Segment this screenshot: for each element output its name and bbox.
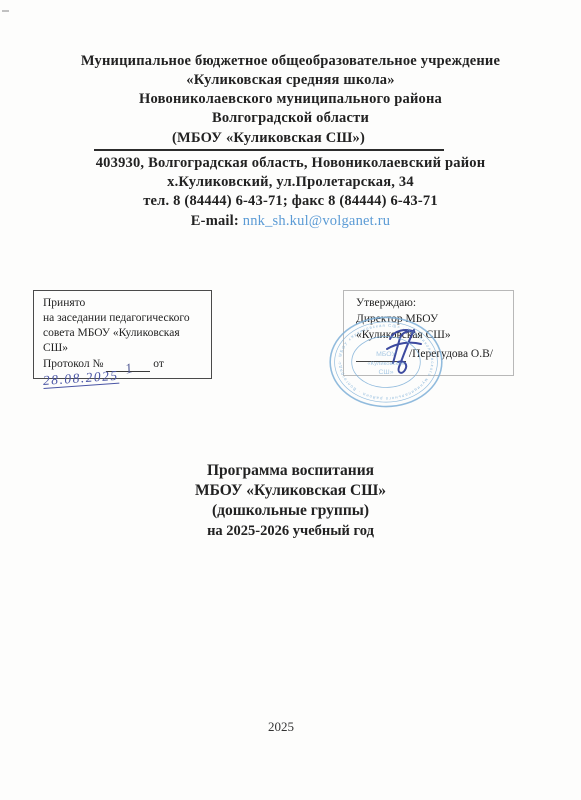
org-header: Муниципальное бюджетное общеобразователь…	[0, 52, 581, 231]
official-seal-icon: · МБОУ «Куликовская СШ» · Новониколаевск…	[327, 315, 445, 409]
protocol-label: Протокол №	[43, 358, 103, 370]
seal-ring-text: · МБОУ «Куликовская СШ» · Новониколаевск…	[327, 315, 435, 401]
email-link[interactable]: nnk_sh.kul@volganet.ru	[243, 213, 390, 229]
email-label: E-mail:	[191, 213, 239, 229]
org-name-line-1: Муниципальное бюджетное общеобразователь…	[0, 52, 581, 71]
accepted-line-3: совета МБОУ «Куликовская СШ»	[43, 326, 203, 356]
document-page: Муниципальное бюджетное общеобразователь…	[0, 0, 581, 800]
scan-artifact	[2, 10, 9, 12]
document-title-line-2: МБОУ «Куликовская СШ»	[0, 481, 581, 501]
accepted-line-1: Принято	[43, 296, 203, 311]
protocol-line: Протокол № 1 от	[43, 357, 203, 372]
address-line-1: 403930, Волгоградская область, Новоникол…	[0, 154, 581, 173]
document-title-line-1: Программа воспитания	[0, 461, 581, 481]
footer-year: 2025	[0, 719, 581, 735]
title-block: Программа воспитания МБОУ «Куликовская С…	[0, 461, 581, 541]
protocol-suffix: от	[153, 358, 164, 370]
org-region-line: Волгоградской области	[0, 109, 581, 128]
seal-center-line-3: СШ»	[378, 369, 393, 376]
phone-fax-line: тел. 8 (84444) 6-43-71; факс 8 (84444) 6…	[0, 192, 581, 211]
seal-center-line-2: «Куликовская	[367, 361, 404, 367]
handwritten-protocol-number: 1	[124, 361, 134, 377]
accepted-line-2: на заседании педагогического	[43, 311, 203, 326]
svg-text:· МБОУ «Куликовская СШ» · Ново: · МБОУ «Куликовская СШ» · Новониколаевск…	[327, 315, 435, 401]
org-abbrev-row: (МБОУ «Куликовская СШ»)	[0, 129, 581, 151]
org-abbreviation: (МБОУ «Куликовская СШ»)	[94, 129, 444, 151]
approved-line-1: Утверждаю:	[356, 295, 507, 311]
document-title-line-3: (дошкольные группы)	[0, 501, 581, 521]
email-row: E-mail: nnk_sh.kul@volganet.ru	[0, 212, 581, 231]
org-name-line-2: «Куликовская средняя школа»	[0, 71, 581, 90]
org-district-line: Новониколаевского муниципального района	[0, 90, 581, 109]
document-title-line-4: на 2025-2026 учебный год	[0, 521, 581, 541]
accepted-box: Принято на заседании педагогического сов…	[33, 290, 212, 379]
seal-center-line-1: МБОУ	[376, 351, 396, 358]
address-line-2: х.Куликовский, ул.Пролетарская, 34	[0, 173, 581, 192]
